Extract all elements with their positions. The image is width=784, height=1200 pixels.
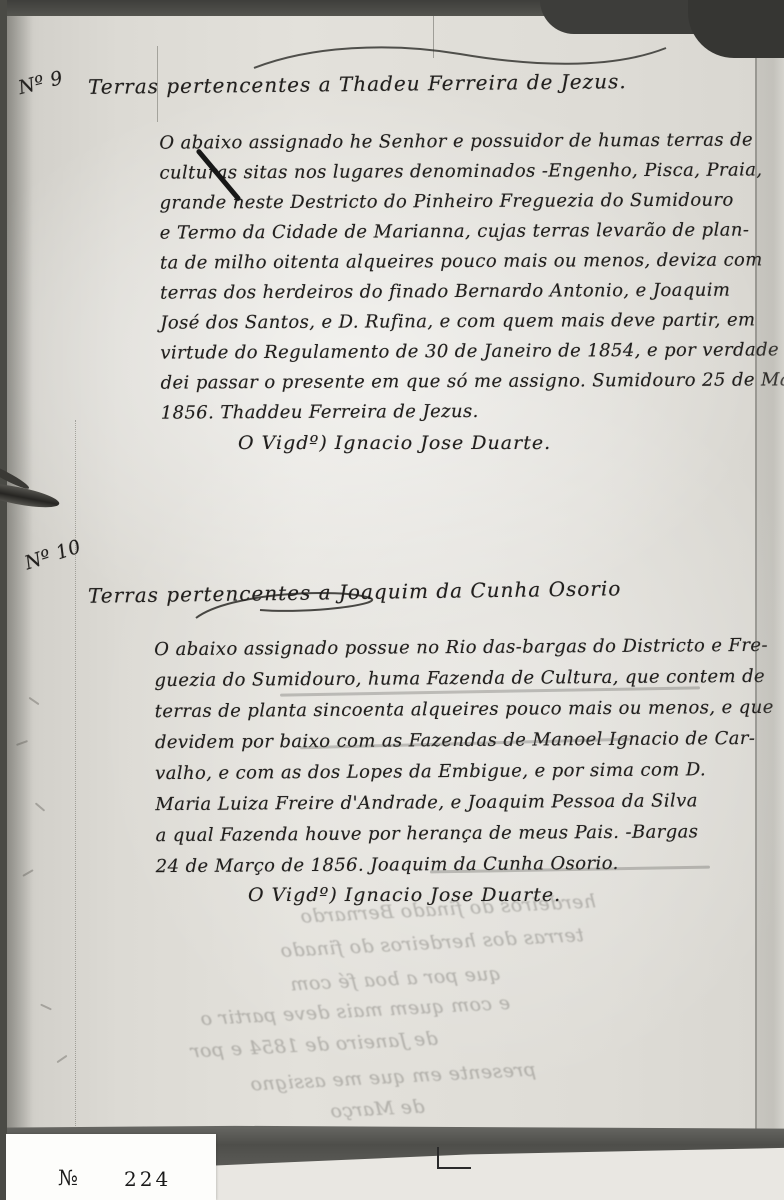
- entry-line: a qual Fazenda houve por herança de meus…: [155, 816, 767, 851]
- ink-speck: [40, 1004, 52, 1011]
- bleedthrough-line: e com quem mais deve partir o: [200, 992, 511, 1030]
- page-edge-fold-line: [755, 20, 757, 1130]
- entry-line: culturas sitas nos lugares denominados -…: [159, 155, 765, 188]
- entry-line: O abaixo assignado possue no Rio das-bar…: [154, 630, 766, 665]
- entry-10-heading: Terras pertencentes a Joaquim da Cunha O…: [88, 576, 622, 607]
- entry-10-paragraph: O abaixo assignado possue no Rio das-bar…: [154, 630, 768, 882]
- binding-shadow: [7, 0, 33, 1200]
- bleedthrough-line: de Janeiro de 1854 e por: [190, 1028, 439, 1063]
- entry-10-signature: O Vigdº) Ignacio Jose Duarte.: [248, 884, 561, 906]
- bleedthrough-line: de Março: [329, 1096, 425, 1123]
- entry-line: O abaixo assignado he Senhor e possuidor…: [159, 125, 765, 158]
- entry-line: devidem por baixo com as Fazendas de Man…: [155, 723, 767, 758]
- entry-9-paragraph: O abaixo assignado he Senhor e possuidor…: [159, 125, 767, 428]
- entry-9-signature: O Vigdº) Ignacio Jose Duarte.: [238, 432, 551, 454]
- entry-line: e Termo da Cidade de Marianna, cujas ter…: [160, 215, 766, 248]
- corner-registration-mark: [437, 1147, 471, 1169]
- entry-line: grande neste Destricto do Pinheiro Fregu…: [160, 185, 766, 218]
- page-right-edge: [757, 0, 784, 1200]
- margin-rule-line: [75, 420, 77, 1126]
- entry-9-heading: Terras pertencentes a Thadeu Ferreira de…: [88, 69, 627, 99]
- scan-top-right-corner: [688, 0, 784, 58]
- entry-line: valho, e com as dos Lopes da Embigue, e …: [155, 754, 767, 789]
- entry-line: 1856. Thaddeu Ferreira de Jezus.: [161, 395, 767, 428]
- entry-line: José dos Santos, e D. Rufina, e com quem…: [160, 305, 766, 338]
- bleedthrough-line: terras dos herdeiros do finado: [280, 924, 585, 962]
- page-number-label: № 224: [6, 1134, 216, 1200]
- scan-left-border: [0, 0, 7, 1200]
- entry-line: 24 de Março de 1856. Joaquim da Cunha Os…: [156, 847, 768, 882]
- entry-line: ta de milho oitenta alqueires pouco mais…: [160, 245, 766, 278]
- entry-line: dei passar o presente em que só me assig…: [160, 365, 766, 398]
- numero-symbol: №: [58, 1166, 78, 1190]
- entry-line: terras dos herdeiros do finado Bernardo …: [160, 275, 766, 308]
- ink-speck: [35, 802, 45, 811]
- page-number-value: 224: [124, 1167, 171, 1191]
- entry-line: Maria Luiza Freire d'Andrade, e Joaquim …: [155, 785, 767, 820]
- bleedthrough-line: que por a boa fé com: [290, 962, 502, 995]
- scanned-page: herdeiros do finado Bernardo terras dos …: [0, 0, 784, 1200]
- bleedthrough-line: presente em que me assigno: [250, 1059, 537, 1096]
- ink-speck: [57, 1055, 68, 1064]
- entry-line: virtude do Regulamento de 30 de Janeiro …: [160, 335, 766, 368]
- entry-line: terras de planta sincoenta alqueires pou…: [155, 692, 767, 727]
